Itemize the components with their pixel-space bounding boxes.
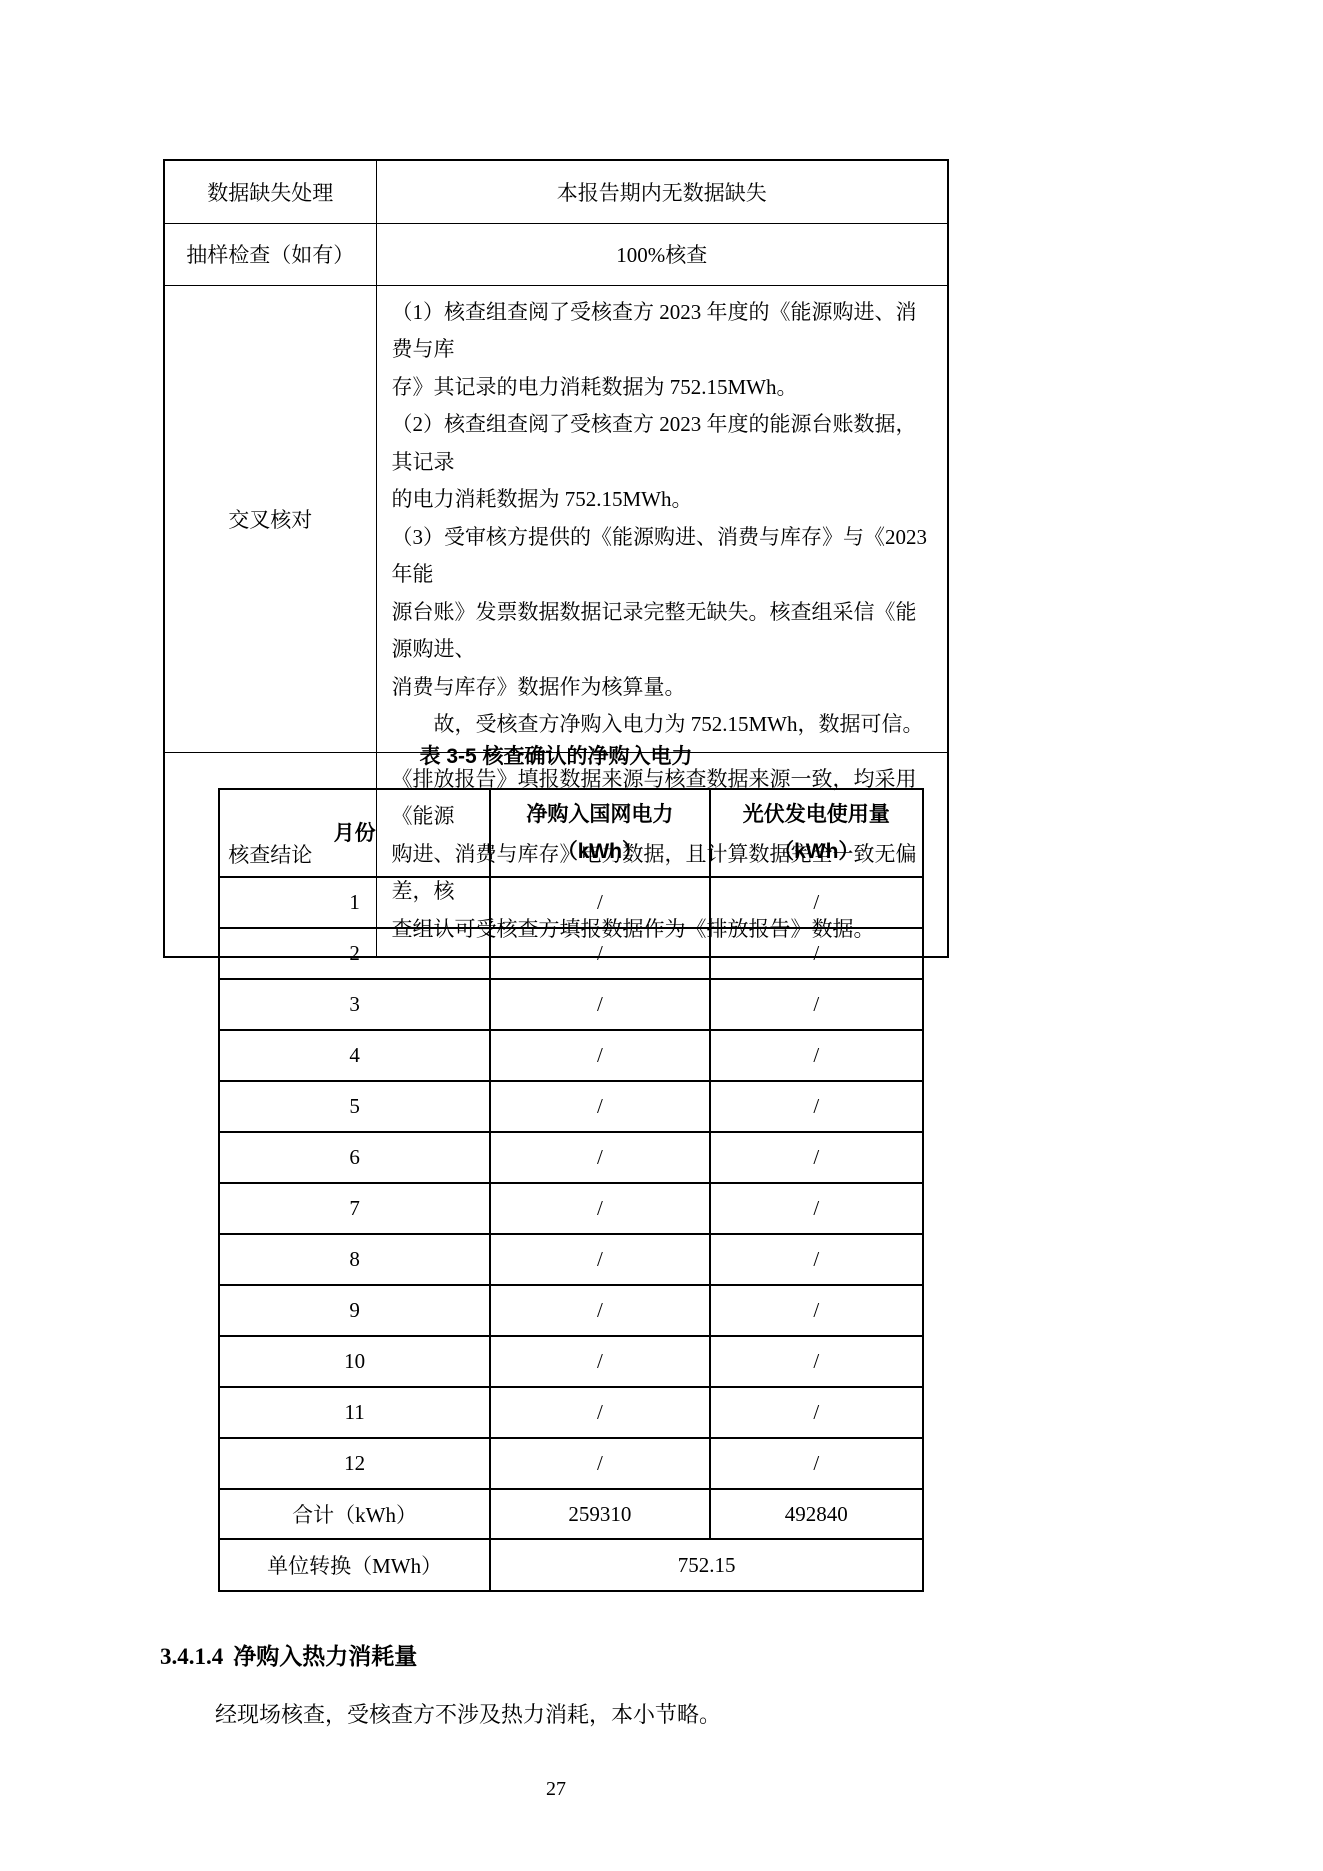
grid-electricity-cell: / bbox=[490, 1387, 709, 1438]
grid-electricity-cell: / bbox=[490, 1030, 709, 1081]
month-cell: 2 bbox=[219, 928, 490, 979]
row-label-cross-check: 交叉核对 bbox=[164, 285, 376, 752]
total-row: 合计（kWh） 259310 492840 bbox=[219, 1489, 923, 1539]
month-cell: 4 bbox=[219, 1030, 490, 1081]
document-page: 数据缺失处理 本报告期内无数据缺失 抽样检查（如有） 100%核查 交叉核对 （… bbox=[0, 0, 1323, 1871]
month-cell: 3 bbox=[219, 979, 490, 1030]
table-header-row: 月份 净购入国网电力 （kWh） 光伏发电使用量 （kWh） bbox=[219, 789, 923, 877]
row-label-sampling-check: 抽样检查（如有） bbox=[164, 223, 376, 285]
table-row: 11 / / bbox=[219, 1387, 923, 1438]
grid-electricity-cell: / bbox=[490, 1234, 709, 1285]
total-grid-value: 259310 bbox=[490, 1489, 709, 1539]
table-row: 7 / / bbox=[219, 1183, 923, 1234]
pv-usage-cell: / bbox=[710, 1183, 923, 1234]
table-row: 数据缺失处理 本报告期内无数据缺失 bbox=[164, 160, 948, 223]
row-content-sampling-check: 100%核查 bbox=[376, 223, 948, 285]
row-content-cross-check: （1）核查组查阅了受核查方 2023 年度的《能源购进、消费与库 存》其记录的电… bbox=[376, 285, 948, 752]
table-row: 12 / / bbox=[219, 1438, 923, 1489]
table-row: 6 / / bbox=[219, 1132, 923, 1183]
row-content-data-gap-handling: 本报告期内无数据缺失 bbox=[376, 160, 948, 223]
grid-electricity-cell: / bbox=[490, 1081, 709, 1132]
body-paragraph: 经现场核查，受核查方不涉及热力消耗，本小节略。 bbox=[160, 1698, 950, 1729]
month-cell: 8 bbox=[219, 1234, 490, 1285]
section-heading: 3.4.1.4净购入热力消耗量 bbox=[160, 1638, 417, 1671]
month-cell: 5 bbox=[219, 1081, 490, 1132]
grid-electricity-cell: / bbox=[490, 1438, 709, 1489]
pv-usage-cell: / bbox=[710, 1438, 923, 1489]
month-cell: 1 bbox=[219, 877, 490, 928]
pv-usage-cell: / bbox=[710, 1132, 923, 1183]
pv-usage-cell: / bbox=[710, 1336, 923, 1387]
section-number: 3.4.1.4 bbox=[160, 1644, 223, 1669]
grid-electricity-cell: / bbox=[490, 979, 709, 1030]
net-purchased-electricity-table: 月份 净购入国网电力 （kWh） 光伏发电使用量 （kWh） 1 / / 2 /… bbox=[218, 788, 924, 1592]
month-cell: 12 bbox=[219, 1438, 490, 1489]
section-title: 净购入热力消耗量 bbox=[233, 1643, 417, 1669]
pv-usage-cell: / bbox=[710, 1030, 923, 1081]
column-header-month: 月份 bbox=[219, 789, 490, 877]
pv-usage-cell: / bbox=[710, 1387, 923, 1438]
grid-electricity-cell: / bbox=[490, 1183, 709, 1234]
unit-conversion-row: 单位转换（MWh） 752.15 bbox=[219, 1539, 923, 1591]
month-cell: 10 bbox=[219, 1336, 490, 1387]
table-caption: 表 3-5 核查确认的净购入电力 bbox=[163, 740, 949, 770]
table-row: 交叉核对 （1）核查组查阅了受核查方 2023 年度的《能源购进、消费与库 存》… bbox=[164, 285, 948, 752]
grid-electricity-cell: / bbox=[490, 928, 709, 979]
table-row: 8 / / bbox=[219, 1234, 923, 1285]
table-row: 2 / / bbox=[219, 928, 923, 979]
month-cell: 9 bbox=[219, 1285, 490, 1336]
table-row: 抽样检查（如有） 100%核查 bbox=[164, 223, 948, 285]
grid-electricity-cell: / bbox=[490, 1336, 709, 1387]
unit-conversion-label: 单位转换（MWh） bbox=[219, 1539, 490, 1591]
page-number: 27 bbox=[163, 1778, 949, 1801]
table-row: 10 / / bbox=[219, 1336, 923, 1387]
column-header-pv-usage: 光伏发电使用量 （kWh） bbox=[710, 789, 923, 877]
table-row: 3 / / bbox=[219, 979, 923, 1030]
table-row: 4 / / bbox=[219, 1030, 923, 1081]
total-label: 合计（kWh） bbox=[219, 1489, 490, 1539]
unit-conversion-value: 752.15 bbox=[490, 1539, 923, 1591]
pv-usage-cell: / bbox=[710, 979, 923, 1030]
pv-usage-cell: / bbox=[710, 1081, 923, 1132]
total-pv-value: 492840 bbox=[710, 1489, 923, 1539]
table-row: 1 / / bbox=[219, 877, 923, 928]
pv-usage-cell: / bbox=[710, 928, 923, 979]
column-header-grid-electricity: 净购入国网电力 （kWh） bbox=[490, 789, 709, 877]
pv-usage-cell: / bbox=[710, 1234, 923, 1285]
table-row: 5 / / bbox=[219, 1081, 923, 1132]
month-cell: 7 bbox=[219, 1183, 490, 1234]
row-label-data-gap-handling: 数据缺失处理 bbox=[164, 160, 376, 223]
table-row: 9 / / bbox=[219, 1285, 923, 1336]
grid-electricity-cell: / bbox=[490, 877, 709, 928]
grid-electricity-cell: / bbox=[490, 1132, 709, 1183]
pv-usage-cell: / bbox=[710, 1285, 923, 1336]
month-cell: 6 bbox=[219, 1132, 490, 1183]
pv-usage-cell: / bbox=[710, 877, 923, 928]
month-rows: 1 / / 2 / / 3 / / 4 / / 5 / / 6 / / 7 / … bbox=[219, 877, 923, 1489]
month-cell: 11 bbox=[219, 1387, 490, 1438]
grid-electricity-cell: / bbox=[490, 1285, 709, 1336]
